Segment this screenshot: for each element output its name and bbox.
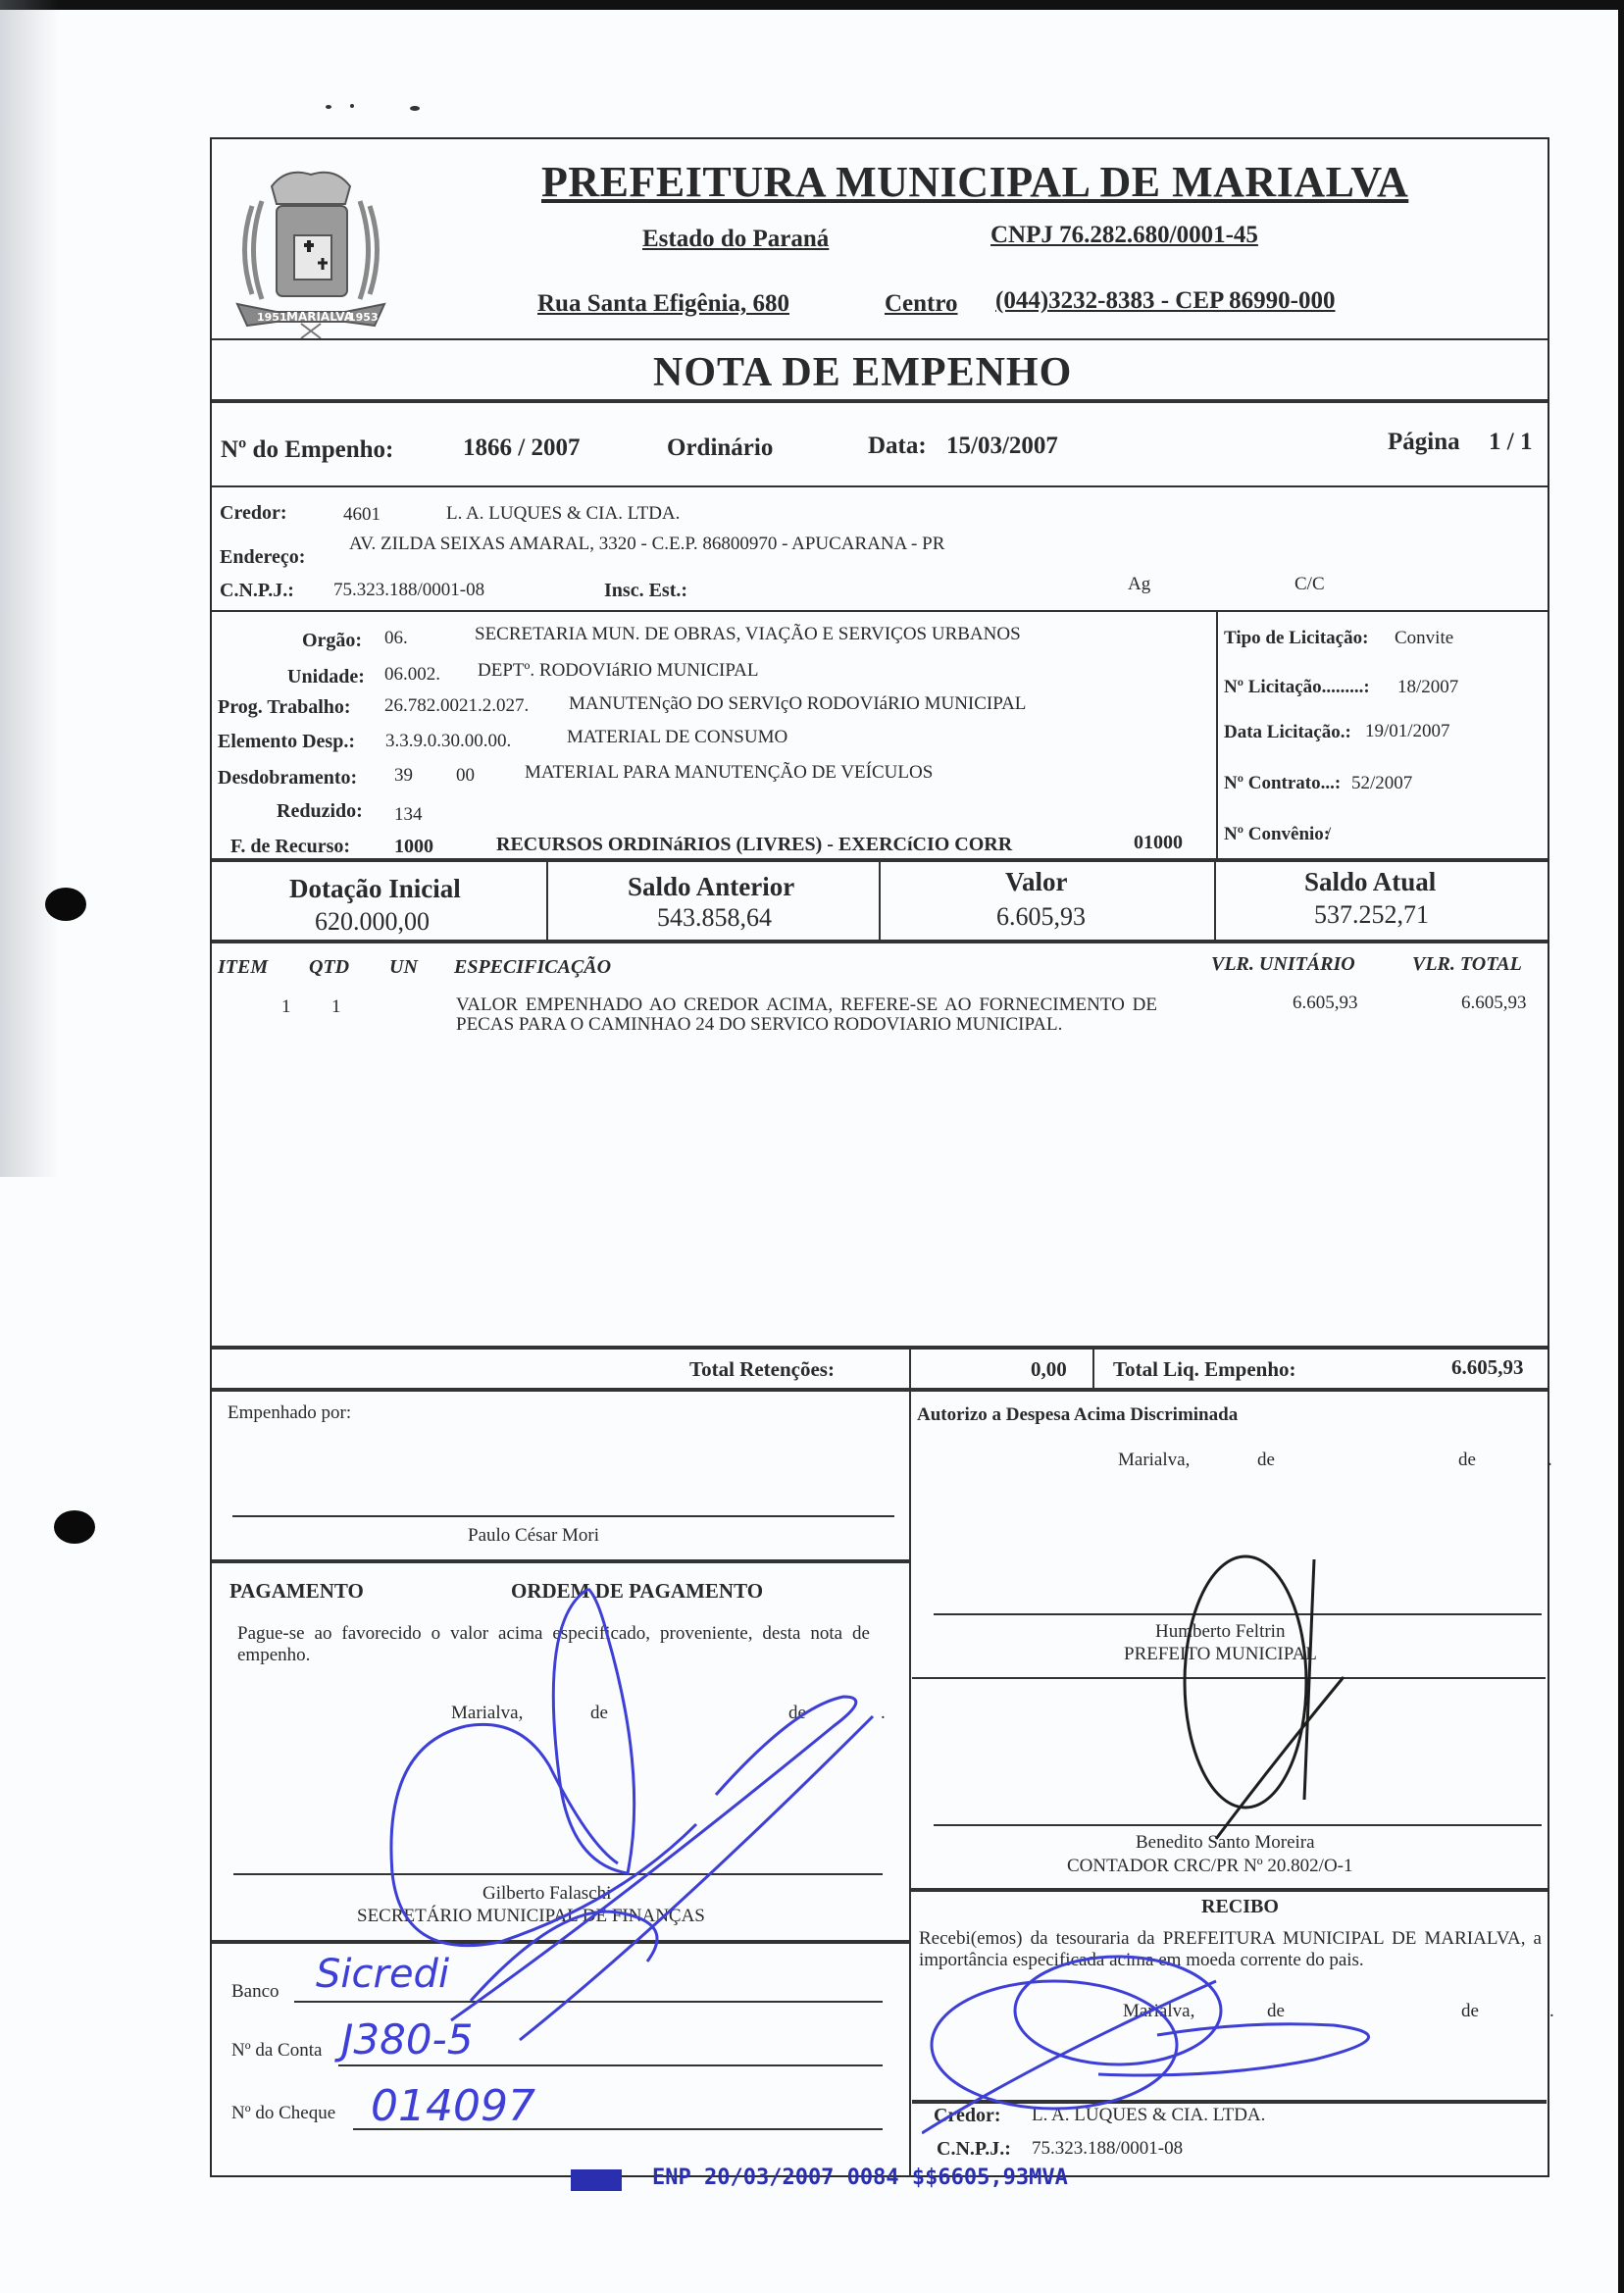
- divider: [1092, 1348, 1094, 1389]
- conta-line: [338, 2064, 883, 2066]
- budget-label-valor: Valor: [1005, 867, 1068, 897]
- scan-speck: [326, 105, 331, 109]
- divider: [911, 1888, 1548, 1892]
- empenho-date: 15/03/2007: [946, 433, 1058, 460]
- contador-role: CONTADOR CRC/PR Nº 20.802/O-1: [1067, 1856, 1353, 1877]
- convenio-label: Nº Convênio:: [1224, 824, 1330, 845]
- page-label: Página: [1388, 429, 1460, 456]
- stamp-logo-icon: [571, 2169, 622, 2191]
- svg-text:1951: 1951: [257, 311, 287, 324]
- autorizo-place: Marialva,: [1118, 1450, 1190, 1471]
- municipality-cnpj: CNPJ 76.282.680/0001-45: [990, 222, 1258, 249]
- page-number: 1 / 1: [1489, 429, 1532, 456]
- orgao-desc: SECRETARIA MUN. DE OBRAS, VIAÇÃO E SERVI…: [475, 624, 1021, 645]
- svg-text:1953: 1953: [348, 311, 379, 324]
- divider: [212, 1559, 909, 1563]
- punch-hole-top: [45, 888, 86, 921]
- recibo-credor-label: Credor:: [934, 2105, 1001, 2127]
- cnpj-label: C.N.P.J.:: [220, 580, 294, 602]
- recibo-dot: .: [1549, 2001, 1554, 2022]
- budget-label-saldo-anterior: Saldo Anterior: [628, 872, 794, 902]
- credor-code: 4601: [343, 504, 381, 526]
- divider: [212, 338, 1548, 340]
- item-qtd: 1: [331, 996, 341, 1018]
- divider: [212, 1346, 1548, 1350]
- tipo-licitacao-label: Tipo de Licitação:: [1224, 628, 1368, 649]
- recurso-label: F. de Recurso:: [230, 836, 350, 858]
- divider: [212, 610, 1548, 612]
- credor-cnpj: 75.323.188/0001-08: [333, 580, 484, 601]
- pagamento-place: Marialva,: [451, 1703, 523, 1724]
- ordem-pagamento-title: ORDEM DE PAGAMENTO: [511, 1579, 763, 1604]
- pagamento-dot: .: [881, 1703, 886, 1724]
- budget-value-valor: 6.605,93: [996, 902, 1086, 932]
- item-number: 1: [281, 996, 291, 1018]
- banco-line: [294, 2001, 883, 2003]
- signature-line: [934, 1824, 1542, 1826]
- item-unit-value: 6.605,93: [1293, 993, 1358, 1014]
- district: Centro: [885, 290, 958, 318]
- divider: [879, 860, 881, 942]
- divider: [912, 1677, 1546, 1679]
- divider: [909, 1348, 911, 1389]
- phone-cep: (044)3232-8383 - CEP 86990-000: [995, 287, 1336, 315]
- budget-value-saldo-atual: 537.252,71: [1314, 900, 1429, 930]
- divider: [912, 2100, 1547, 2104]
- recibo-text: Recebi(emos) da tesouraria da PREFEITURA…: [919, 1928, 1542, 1971]
- divider: [212, 1940, 909, 1944]
- item-total-value: 6.605,93: [1461, 993, 1527, 1014]
- budget-value-saldo-anterior: 543.858,64: [657, 903, 772, 933]
- secretario-role: SECRETÁRIO MUNICIPAL DE FINANÇAS: [357, 1906, 705, 1927]
- signature-line: [233, 1873, 883, 1875]
- banco-handwritten: Sicredi: [316, 1952, 449, 1997]
- empenhado-label: Empenhado por:: [228, 1402, 351, 1424]
- empenho-number: 1866 / 2007: [463, 434, 580, 462]
- insc-est-label: Insc. Est.:: [604, 580, 687, 602]
- recibo-de-2: de: [1461, 2001, 1479, 2022]
- orgao-label: Orgão:: [302, 630, 362, 652]
- unidade-desc: DEPTº. RODOVIáRIO MUNICIPAL: [478, 660, 759, 682]
- autorizo-label: Autorizo a Despesa Acima Discriminada: [917, 1404, 1238, 1426]
- licitacao-number-label: Nº Licitação.........:: [1224, 677, 1370, 698]
- elemento-code: 3.3.9.0.30.00.00.: [385, 731, 511, 752]
- prog-code: 26.782.0021.2.027.: [384, 695, 529, 717]
- contrato-number: 52/2007: [1351, 773, 1412, 794]
- col-header-spec: ESPECIFICAÇÃO: [454, 956, 611, 979]
- licitacao-number: 18/2007: [1397, 677, 1458, 698]
- recibo-title: RECIBO: [1201, 1896, 1279, 1918]
- col-header-item: ITEM: [218, 956, 268, 979]
- desdobramento-code-2: 00: [456, 765, 475, 787]
- contrato-label: Nº Contrato...:: [1224, 773, 1341, 794]
- licitacao-date: 19/01/2007: [1365, 721, 1450, 742]
- col-header-qtd: QTD: [309, 956, 349, 979]
- punch-hole-bottom: [54, 1510, 95, 1544]
- reduzido-label: Reduzido:: [277, 800, 363, 823]
- pagamento-section-label: PAGAMENTO: [229, 1579, 364, 1604]
- recibo-cnpj-label: C.N.P.J.:: [937, 2138, 1011, 2161]
- address-label: Endereço:: [220, 546, 305, 569]
- municipal-crest-icon: 1951 MARIALVA 1953: [218, 157, 404, 343]
- signature-line: [934, 1613, 1542, 1615]
- autorizo-de-1: de: [1257, 1450, 1275, 1471]
- convenio-number: /: [1326, 824, 1331, 845]
- empenho-number-label: Nº do Empenho:: [221, 436, 393, 464]
- divider: [212, 1388, 1548, 1392]
- retencoes-label: Total Retenções:: [689, 1357, 835, 1382]
- pagamento-de-1: de: [590, 1703, 608, 1724]
- retencoes-value: 0,00: [1031, 1357, 1067, 1382]
- divider: [546, 860, 548, 942]
- prefeito-name: Humberto Feltrin: [1155, 1621, 1285, 1643]
- recibo-cnpj: 75.323.188/0001-08: [1032, 2138, 1183, 2160]
- document-title: NOTA DE EMPENHO: [653, 349, 1072, 396]
- pagamento-de-2: de: [788, 1703, 806, 1724]
- divider: [1216, 610, 1218, 858]
- desdobramento-desc: MATERIAL PARA MANUTENÇÃO DE VEÍCULOS: [525, 762, 933, 784]
- recurso-code: 1000: [394, 836, 433, 858]
- contador-name: Benedito Santo Moreira: [1136, 1832, 1315, 1854]
- ag-label: Ag: [1128, 574, 1150, 595]
- item-specification: VALOR EMPENHADO AO CREDOR ACIMA, REFERE-…: [456, 995, 1157, 1035]
- pagamento-text: Pague-se ao favorecido o valor acima esp…: [237, 1623, 870, 1666]
- credor-address: AV. ZILDA SEIXAS AMARAL, 3320 - C.E.P. 8…: [349, 534, 944, 555]
- recurso-desc: RECURSOS ORDINáRIOS (LIVRES) - EXERCíCIO…: [496, 834, 1012, 856]
- recibo-place: Marialva,: [1123, 2001, 1194, 2022]
- licitacao-date-label: Data Licitação.:: [1224, 722, 1351, 743]
- col-header-unit-value: VLR. UNITÁRIO: [1211, 953, 1355, 976]
- empenhado-signer: Paulo César Mori: [468, 1525, 599, 1547]
- scan-speck: [410, 106, 420, 111]
- state-name: Estado do Paraná: [642, 226, 829, 253]
- cheque-label: Nº do Cheque: [231, 2103, 335, 2124]
- budget-label-dotacao: Dotação Inicial: [289, 874, 461, 904]
- scan-shadow: [0, 0, 59, 1177]
- stamp-text: ENP 20/03/2007 0084 $$6605,93MVA: [652, 2166, 1068, 2190]
- divider: [212, 399, 1548, 403]
- unidade-label: Unidade:: [287, 666, 365, 688]
- banco-label: Banco: [231, 1981, 279, 2003]
- autorizo-de-2: de: [1458, 1450, 1476, 1471]
- municipality-title: PREFEITURA MUNICIPAL DE MARIALVA: [541, 157, 1408, 207]
- col-header-un: UN: [389, 956, 418, 979]
- desdobramento-label: Desdobramento:: [218, 767, 357, 790]
- unidade-code: 06.002.: [384, 664, 440, 686]
- liquido-value: 6.605,93: [1451, 1355, 1524, 1380]
- scan-top-edge: [0, 0, 1624, 10]
- signature-line: [232, 1515, 894, 1517]
- conta-label: Nº da Conta: [231, 2040, 322, 2062]
- reduzido-value: 134: [394, 804, 423, 826]
- cheque-handwritten: 014097: [371, 2081, 535, 2131]
- divider: [212, 940, 1548, 943]
- divider: [909, 1390, 911, 2177]
- desdobramento-code-1: 39: [394, 765, 413, 787]
- budget-label-saldo-atual: Saldo Atual: [1304, 867, 1436, 897]
- prog-label: Prog. Trabalho:: [218, 696, 351, 719]
- secretario-name: Gilberto Falaschi: [482, 1883, 611, 1905]
- recibo-credor: L. A. LUQUES & CIA. LTDA.: [1032, 2105, 1265, 2126]
- credor-name: L. A. LUQUES & CIA. LTDA.: [446, 503, 680, 525]
- svg-text:MARIALVA: MARIALVA: [286, 310, 354, 324]
- tipo-licitacao: Convite: [1395, 628, 1453, 649]
- cc-label: C/C: [1294, 574, 1325, 595]
- street-address: Rua Santa Efigênia, 680: [537, 290, 789, 318]
- scan-right-edge: [1618, 0, 1624, 2293]
- divider: [212, 485, 1548, 487]
- empenho-type: Ordinário: [667, 434, 773, 462]
- elemento-label: Elemento Desp.:: [218, 731, 355, 753]
- conta-handwritten: J380-5: [341, 2015, 473, 2064]
- liquido-label: Total Liq. Empenho:: [1113, 1357, 1296, 1382]
- recurso-ref: 01000: [1134, 832, 1183, 854]
- scan-speck: [350, 104, 354, 108]
- orgao-code: 06.: [384, 628, 408, 649]
- recibo-de-1: de: [1267, 2001, 1285, 2022]
- prog-desc: MANUTENçãO DO SERVIçO RODOVIáRIO MUNICIP…: [569, 693, 1026, 715]
- empenho-date-label: Data:: [868, 433, 927, 460]
- prefeito-role: PREFEITO MUNICIPAL: [1124, 1644, 1317, 1665]
- divider: [1214, 860, 1216, 942]
- autorizo-dot: .: [1548, 1450, 1552, 1471]
- credor-label: Credor:: [220, 502, 287, 525]
- budget-value-dotacao: 620.000,00: [315, 907, 430, 937]
- col-header-total-value: VLR. TOTAL: [1412, 953, 1522, 976]
- elemento-desc: MATERIAL DE CONSUMO: [567, 727, 787, 748]
